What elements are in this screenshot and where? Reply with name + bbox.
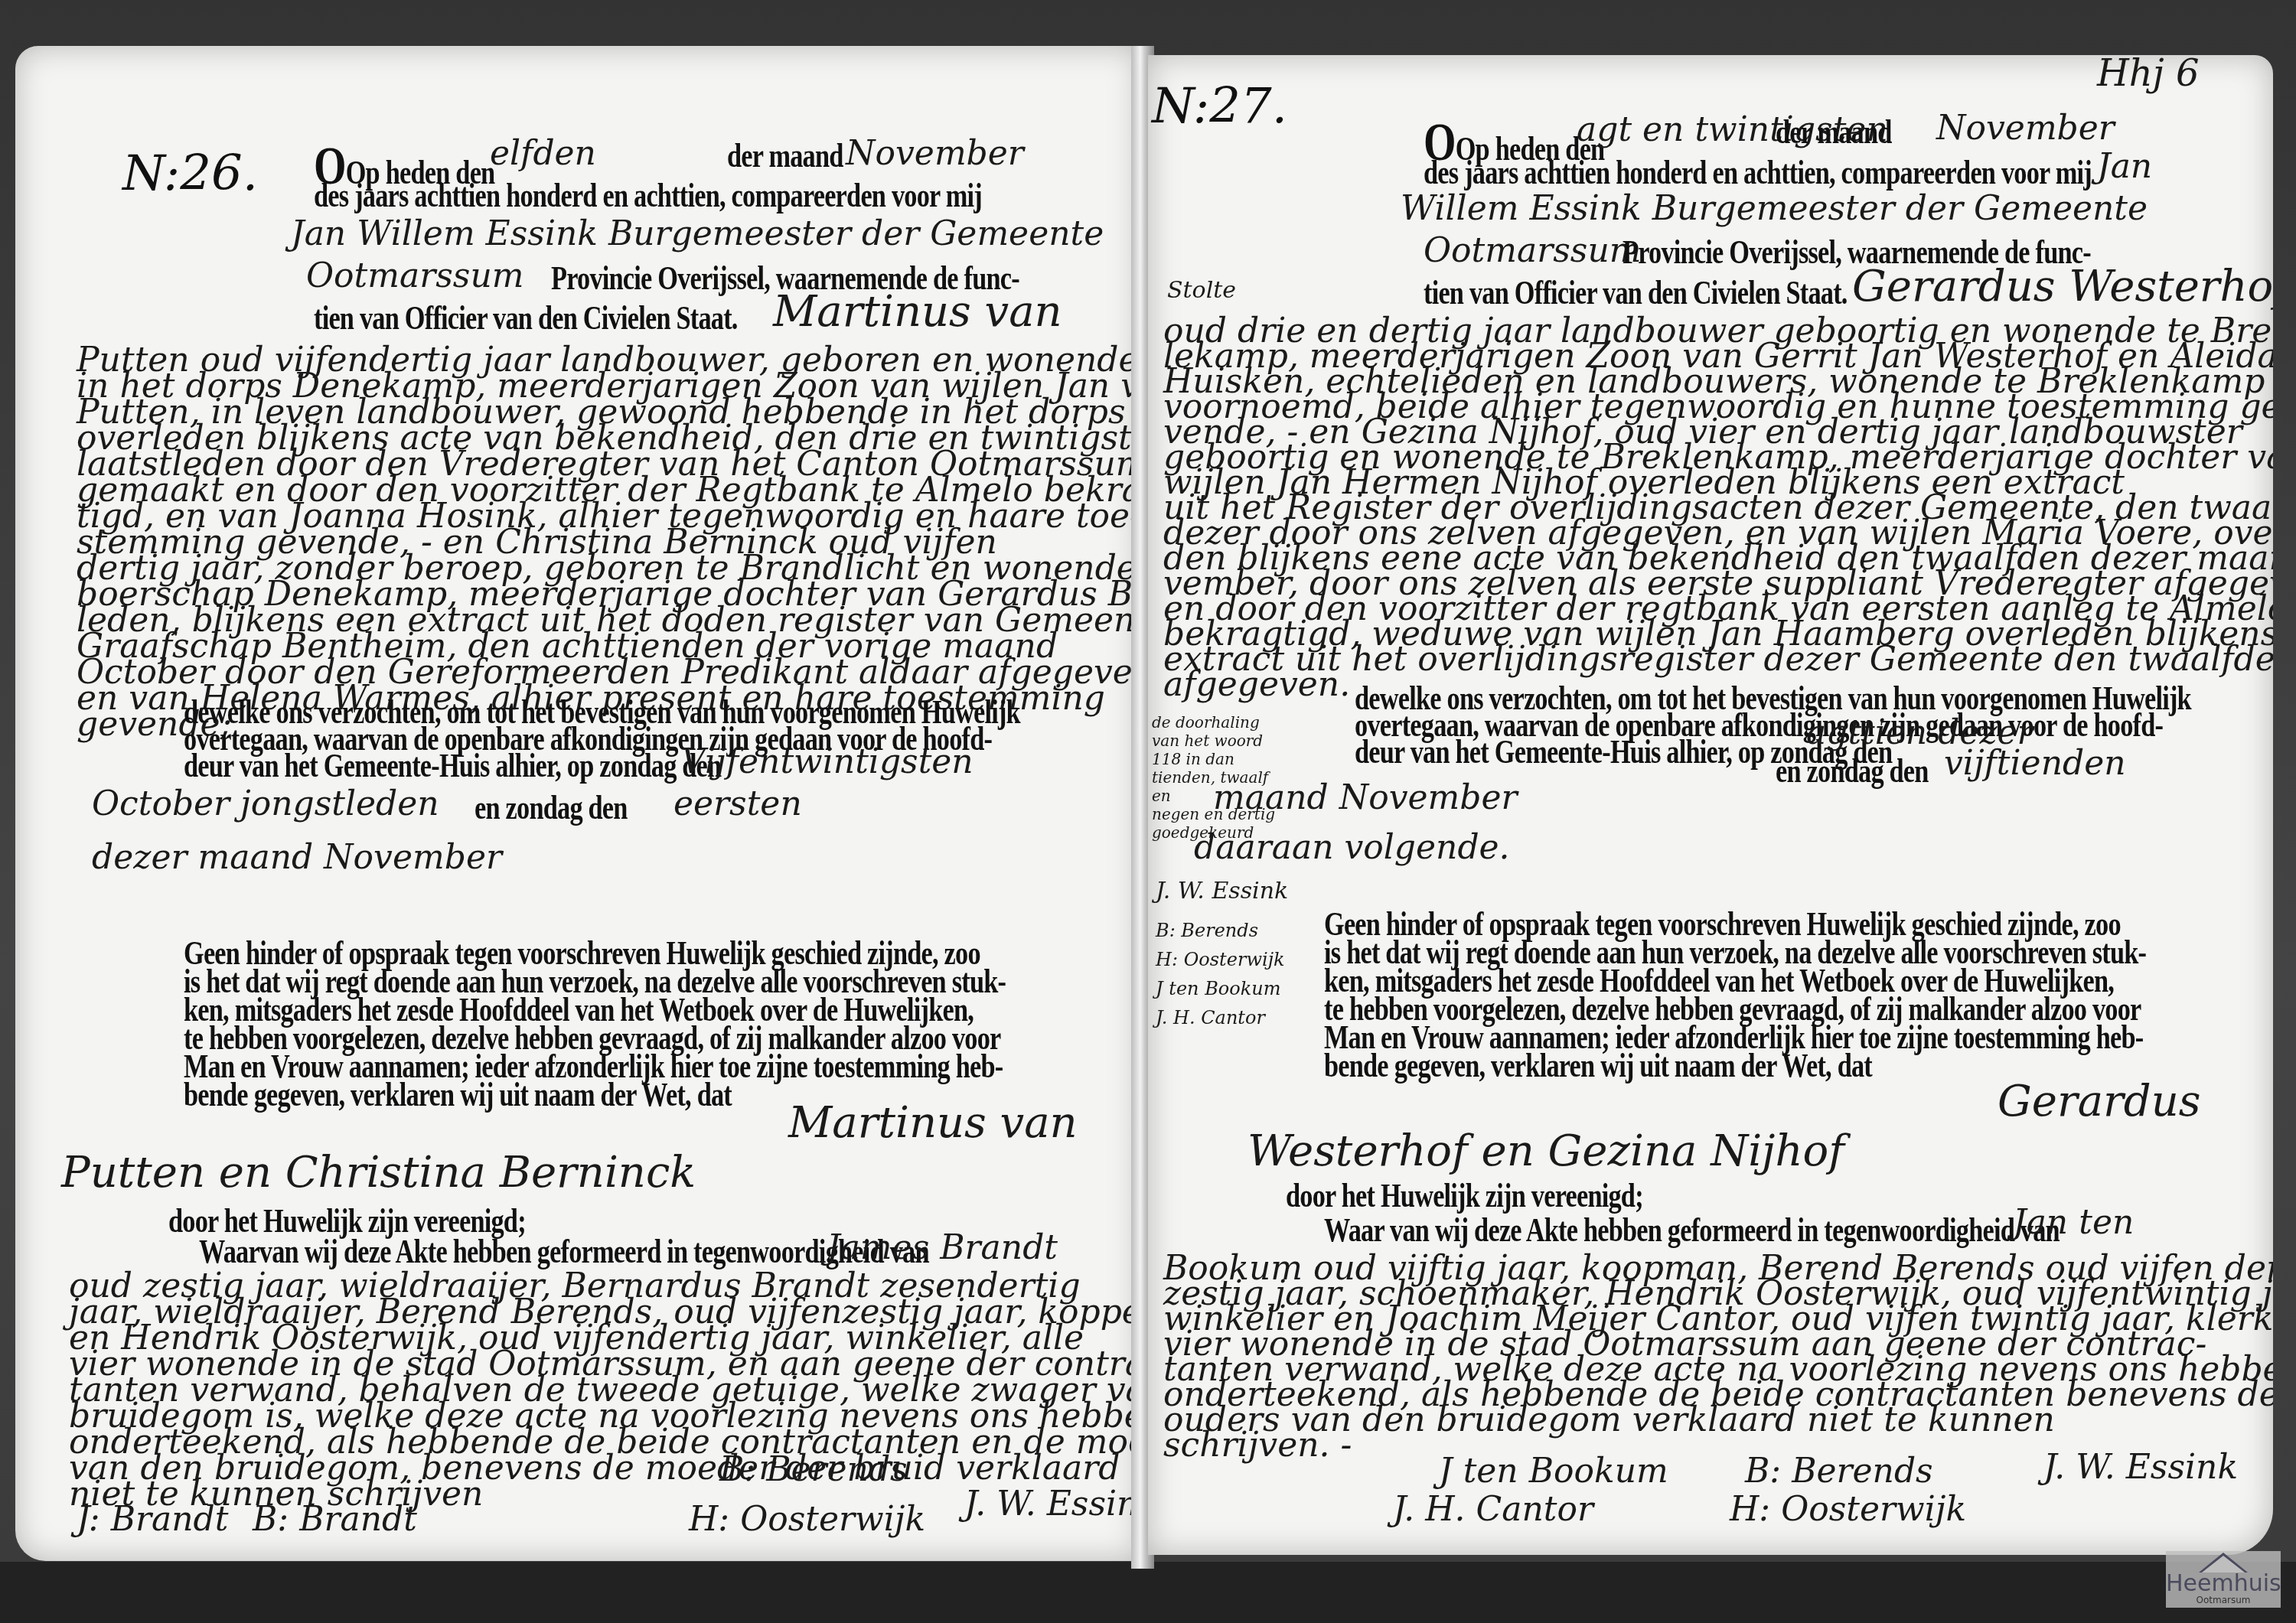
right-margin-note-line: en [1152, 787, 1171, 805]
left-banns-date2: eersten [673, 784, 802, 823]
right-margin-signature-line: B: Berends [1156, 920, 1258, 941]
right-witness-line: schrijven. - [1163, 1426, 1352, 1465]
left-l1-print2: der maand [727, 136, 843, 175]
left-signature-oosterwijk: H: Oosterwijk [689, 1500, 925, 1539]
right-margin-note-line: tienden, twaalf [1152, 768, 1268, 787]
left-witness-intro: Waarvan wij deze Akte hebben geformeerd … [199, 1232, 929, 1271]
right-l1-hand-month: November [1936, 109, 2115, 148]
left-l1-hand-month: November [846, 134, 1024, 173]
right-signature-ten-bookum: J ten Bookum [1439, 1452, 1668, 1491]
right-l2-hand: Jan [2097, 147, 2152, 186]
right-l3-hand: Willem Essink Burgemeester der Gemeente [1401, 189, 2148, 228]
left-banns-print2: en zondag den [475, 788, 628, 827]
right-margin-note-line: van het woord [1152, 732, 1263, 750]
house-roof-icon [2199, 1553, 2248, 1572]
right-l2-print: des jaars achttien honderd en achttien, … [1424, 153, 2092, 192]
right-l4-hand: Ootmarssum [1424, 231, 1641, 270]
left-banns-date1: Vijfentwintigsten [681, 742, 974, 781]
right-l5-print: tien van Officier van den Civielen Staat… [1424, 273, 1848, 312]
left-l3-hand: Jan Willem Essink Burgemeester der Gemee… [291, 214, 1104, 253]
right-act-number: N:27. [1152, 78, 1287, 135]
right-margin-note-line: goedgekeurd [1152, 823, 1254, 842]
right-margin-signature-line: J ten Bookum [1156, 978, 1280, 999]
right-page: Hhj 6 N:27. OOp heden den agt en twintig… [1148, 55, 2273, 1555]
left-l1-hand-day: elfden [490, 134, 596, 173]
left-act-number: N:26. [122, 145, 258, 202]
right-declaration-couple: Westerhof en Gezina Nijhof [1247, 1126, 1844, 1176]
left-declaration-groom: Martinus van [788, 1098, 1078, 1148]
folio-mark: Hhj 6 [2097, 55, 2199, 95]
right-banns-print2: en zondag den [1776, 751, 1929, 790]
left-signature-b-brandt: B: Brandt [253, 1500, 417, 1539]
right-margin-signature-line: H: Oosterwijk [1156, 949, 1285, 970]
left-banns-line: deur van het Gemeente-Huis alhier, op zo… [184, 746, 721, 785]
left-declaration-couple: Putten en Christina Berninck [61, 1148, 696, 1198]
left-l5-print: tien van Officier van den Civielen Staat… [314, 298, 738, 337]
right-witness-first: Jan ten [2013, 1203, 2134, 1242]
left-groom-name-start: Martinus van [773, 287, 1062, 337]
left-witness-first: James Brandt [827, 1228, 1058, 1267]
right-witness-intro: Waar van wij deze Akte hebben geformeerd… [1324, 1211, 2060, 1250]
left-banns-date1b: October jongstleden [92, 784, 439, 823]
right-margin-note-line: de doorhaling [1152, 713, 1260, 732]
right-banns-date2: vijftienden [1944, 744, 2126, 783]
right-groom-line: afgegeven. [1163, 665, 1350, 704]
right-margin-signature-line: J. H. Cantor [1156, 1007, 1265, 1028]
right-margin-note-line: 118 in dan [1152, 750, 1234, 768]
right-margin-note-top: Stolte [1167, 277, 1236, 304]
left-l2-print: des jaars achttien honderd en achttien, … [314, 176, 982, 215]
right-signature-mayor: J. W. Essink [2043, 1448, 2238, 1487]
right-declaration-groom: Gerardus [1998, 1077, 2200, 1126]
left-declaration-line: bende gegeven, verklaren wij uit naam de… [184, 1075, 732, 1114]
right-signature-cantor: J. H. Cantor [1393, 1490, 1593, 1529]
watermark-name: Heemhuis [2166, 1572, 2281, 1595]
scan-bottom-strip [0, 1562, 2296, 1623]
left-banns-date2b: dezer maand November [92, 838, 502, 877]
left-page: N:26. OOp heden den elfden der maand Nov… [15, 46, 1140, 1561]
left-l4-hand: Ootmarssum [306, 256, 523, 295]
right-margin-signature: J. W. Essink [1156, 878, 1288, 904]
right-l1-print2: der maand [1776, 112, 1892, 152]
left-signature-j-brandt: J: Brandt [77, 1500, 228, 1539]
right-margin-note-line: negen en dertig [1152, 805, 1275, 823]
right-united-line: door het Huwelijk zijn vereenigd; [1286, 1176, 1643, 1215]
right-signature-oosterwijk: H: Oosterwijk [1730, 1490, 1966, 1529]
right-groom-name-start: Gerardus Westerhof [1852, 262, 2273, 311]
left-signature-mayor: J. W. Essink [964, 1484, 1140, 1524]
right-signature-berends: B: Berends [1745, 1452, 1933, 1491]
right-declaration-line: bende gegeven, verklaren wij uit naam de… [1324, 1046, 1872, 1085]
left-signature-berends: B: Berends [719, 1450, 908, 1489]
heemhuis-watermark: Heemhuis Ootmarsum [2166, 1551, 2281, 1608]
